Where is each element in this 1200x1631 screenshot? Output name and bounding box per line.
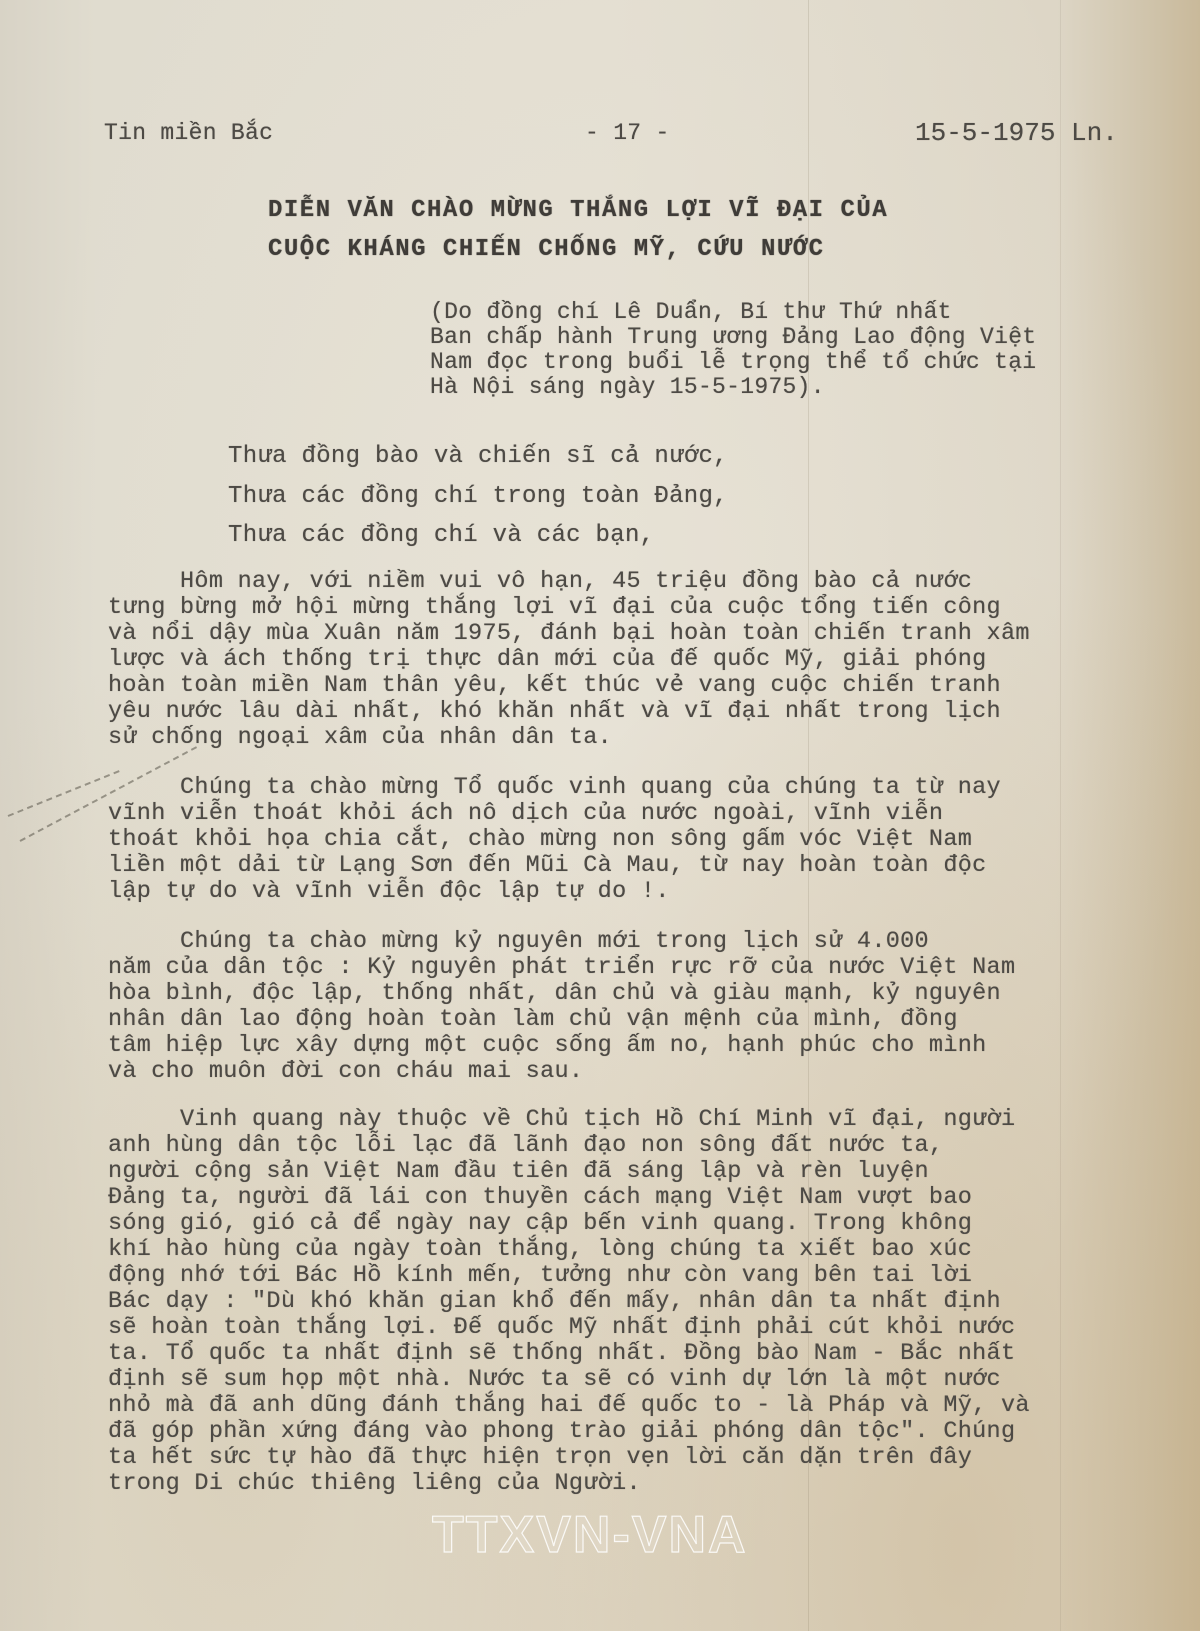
pencil-mark [8, 770, 120, 817]
paragraph-line: vĩnh viễn thoát khỏi ách nô dịch của nướ… [108, 800, 943, 827]
paper-fold-line [1060, 0, 1061, 1631]
document-title-line-1: DIỄN VĂN CHÀO MỪNG THẮNG LỢI VĨ ĐẠI CỦA [268, 197, 888, 224]
paragraph-line: ta. Tổ quốc ta nhất định sẽ thống nhất. … [108, 1340, 1015, 1367]
page-number: - 17 - [585, 120, 670, 146]
paragraph-line: anh hùng dân tộc lỗi lạc đã lãnh đạo non… [108, 1132, 943, 1159]
paragraph-line: lược và ách thống trị thực dân mới của đ… [108, 646, 987, 673]
attribution-line: Nam đọc trong buổi lễ trọng thể tổ chức … [430, 350, 1036, 375]
paragraph-line: liền một dải từ Lạng Sơn đến Mũi Cà Mau,… [108, 852, 987, 879]
header-date: 15-5-1975 Ln. [915, 118, 1118, 148]
paragraph-line: tưng bừng mở hội mừng thắng lợi vĩ đại c… [108, 594, 1001, 621]
attribution-line: (Do đồng chí Lê Duẩn, Bí thư Thứ nhất [430, 300, 952, 325]
paragraph-line: nhân dân lao động hoàn toàn làm chủ vận … [108, 1006, 958, 1033]
paragraph-line: Chúng ta chào mừng kỷ nguyên mới trong l… [108, 928, 929, 955]
paragraph-line: sẽ hoàn toàn thắng lợi. Đế quốc Mỹ nhất … [108, 1314, 1015, 1341]
paragraph-line: năm của dân tộc : Kỷ nguyên phát triển r… [108, 954, 1015, 981]
agency-watermark: TTXVN-VNA [432, 1505, 748, 1565]
paragraph-line: hoàn toàn miền Nam thân yêu, kết thúc vẻ… [108, 672, 1001, 699]
attribution-line: Ban chấp hành Trung ương Đảng Lao động V… [430, 325, 1036, 350]
paragraph-line: thoát khỏi họa chia cắt, chào mừng non s… [108, 826, 972, 853]
paragraph-line: Hôm nay, với niềm vui vô hạn, 45 triệu đ… [108, 568, 972, 595]
header-source: Tin miền Bắc [104, 120, 273, 146]
paragraph-line: nhỏ mà đã anh dũng đánh thắng hai đế quố… [108, 1392, 1030, 1419]
paragraph-line: sử chống ngoại xâm của nhân dân ta. [108, 724, 612, 751]
paragraph-line: và nổi dậy mùa Xuân năm 1975, đánh bại h… [108, 620, 1030, 647]
document-page: Tin miền Bắc - 17 - 15-5-1975 Ln. DIỄN V… [0, 0, 1200, 1631]
paragraph-line: lập tự do và vĩnh viễn độc lập tự do !. [108, 878, 670, 905]
paragraph-line: Vinh quang này thuộc về Chủ tịch Hồ Chí … [108, 1106, 1015, 1133]
paragraph-line: Đảng ta, người đã lái con thuyền cách mạ… [108, 1184, 972, 1211]
greeting-line: Thưa đồng bào và chiến sĩ cả nước, [228, 443, 728, 470]
paragraph-line: động nhớ tới Bác Hồ kính mến, tưởng như … [108, 1262, 972, 1289]
paragraph-line: Chúng ta chào mừng Tổ quốc vinh quang củ… [108, 774, 1001, 801]
paragraph-line: người cộng sản Việt Nam đầu tiên đã sáng… [108, 1158, 929, 1185]
paragraph-line: và cho muôn đời con cháu mai sau. [108, 1058, 583, 1085]
attribution-line: Hà Nội sáng ngày 15-5-1975). [430, 375, 825, 400]
paragraph-line: tâm hiệp lực xây dựng một cuộc sống ấm n… [108, 1032, 987, 1059]
paragraph-line: sóng gió, gió cả để ngày nay cập bến vin… [108, 1210, 972, 1237]
paragraph-line: trong Di chúc thiêng liêng của Người. [108, 1470, 641, 1497]
paragraph-line: định sẽ sum họp một nhà. Nước ta sẽ có v… [108, 1366, 1001, 1393]
document-title-line-2: CUỘC KHÁNG CHIẾN CHỐNG MỸ, CỨU NƯỚC [268, 236, 825, 263]
paragraph-line: khí hào hùng của ngày toàn thắng, lòng c… [108, 1236, 972, 1263]
greeting-line: Thưa các đồng chí trong toàn Đảng, [228, 483, 728, 510]
paragraph-line: Bác dạy : "Dù khó khăn gian khổ đến mấy,… [108, 1288, 1001, 1315]
greeting-line: Thưa các đồng chí và các bạn, [228, 522, 654, 549]
paragraph-line: hòa bình, độc lập, thống nhất, dân chủ v… [108, 980, 1001, 1007]
paragraph-line: yêu nước lâu dài nhất, khó khăn nhất và … [108, 698, 1001, 725]
paragraph-line: ta hết sức tự hào đã thực hiện trọn vẹn … [108, 1444, 972, 1471]
paragraph-line: đã góp phần xứng đáng vào phong trào giả… [108, 1418, 1015, 1445]
